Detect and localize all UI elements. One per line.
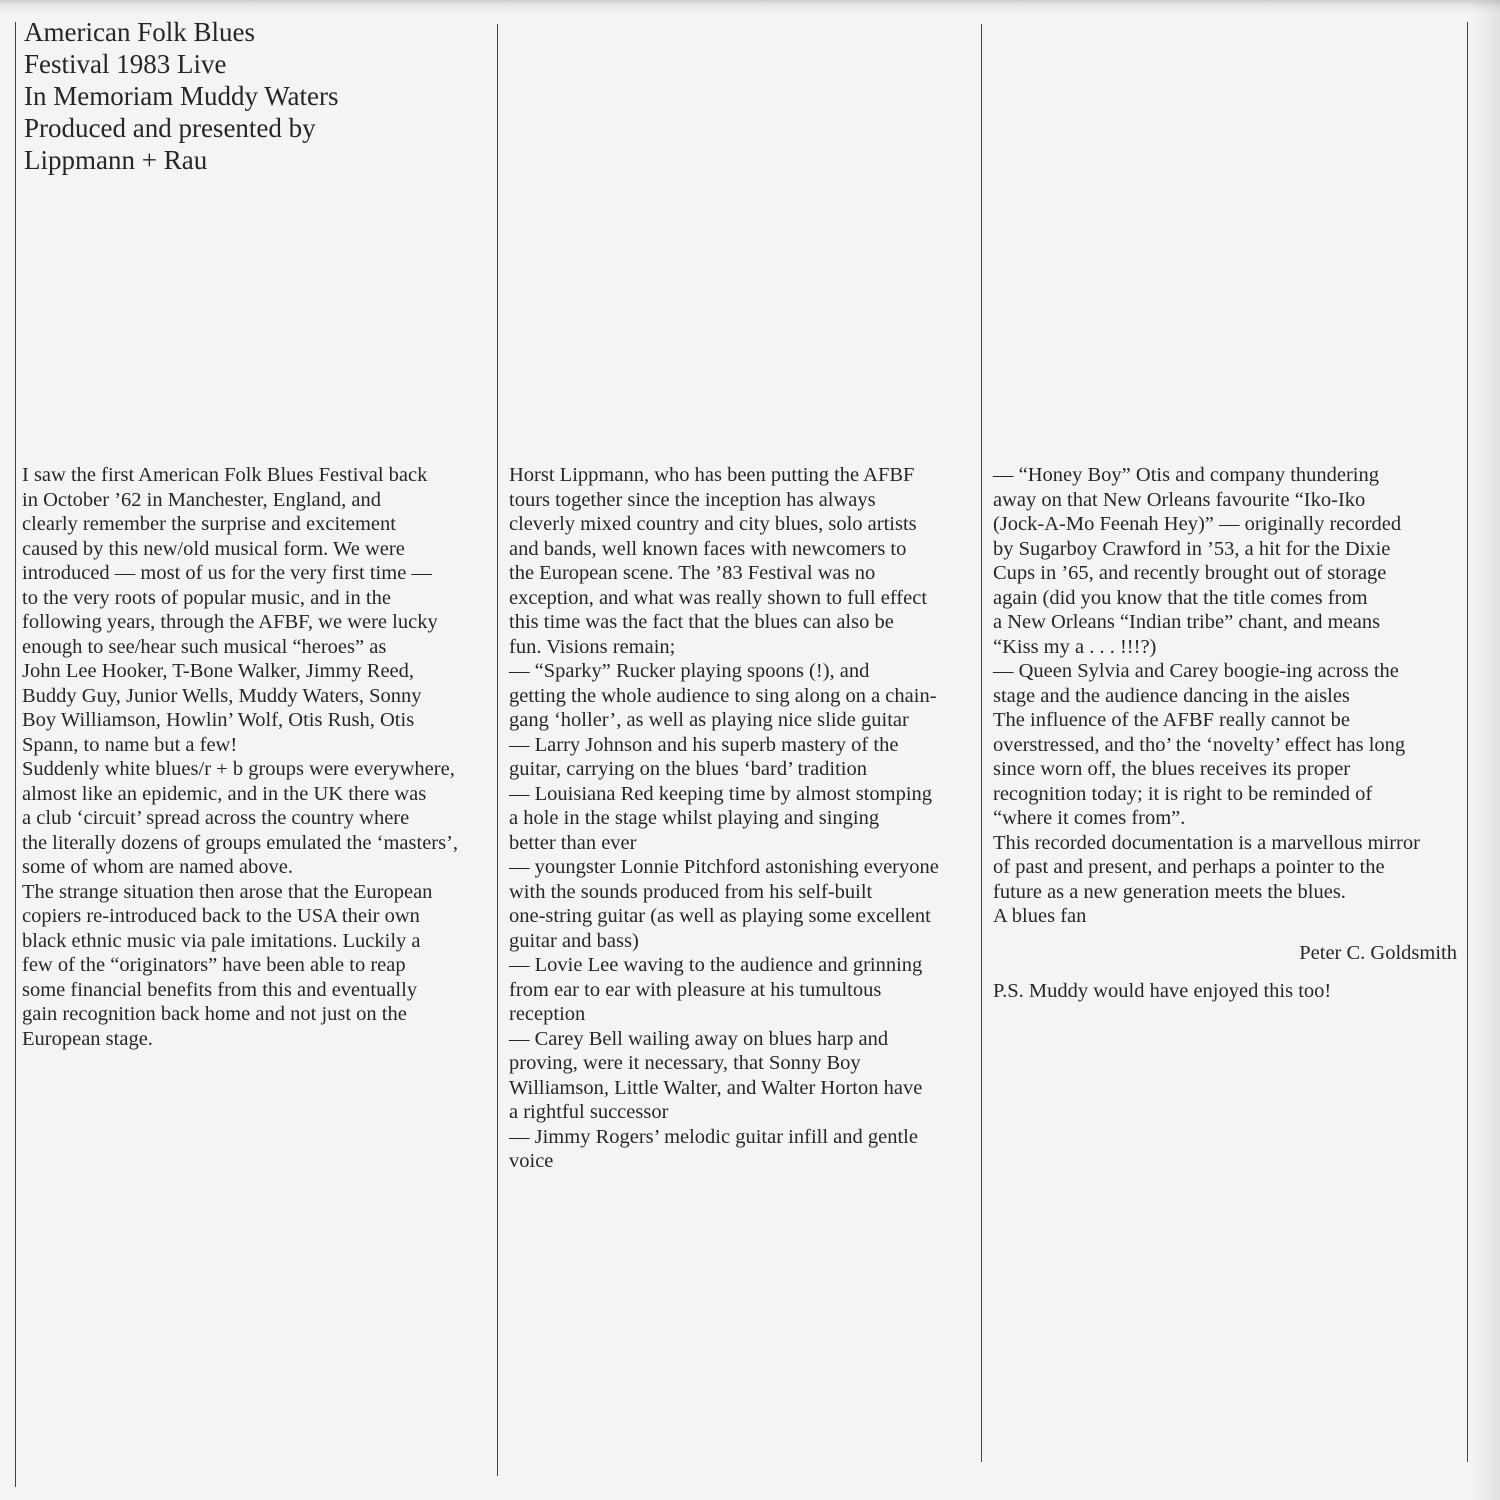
text-column-1: I saw the first American Folk Blues Fest… <box>22 463 492 1051</box>
text-line: a New Orleans “Indian tribe” chant, and … <box>993 610 1461 635</box>
text-line: with the sounds produced from his self-b… <box>509 880 977 905</box>
text-line: Spann, to name but a few! <box>22 733 492 758</box>
text-line: overstressed, and tho’ the ‘novelty’ eff… <box>993 733 1461 758</box>
text-column-2: Horst Lippmann, who has been putting the… <box>509 463 977 1174</box>
text-line: Cups in ’65, and recently brought out of… <box>993 561 1461 586</box>
text-line: again (did you know that the title comes… <box>993 586 1461 611</box>
text-line: This recorded documentation is a marvell… <box>993 831 1461 856</box>
text-line: this time was the fact that the blues ca… <box>509 610 977 635</box>
author-signature: Peter C. Goldsmith <box>993 941 1461 966</box>
text-line: The influence of the AFBF really cannot … <box>993 708 1461 733</box>
text-line: a club ‘circuit’ spread across the count… <box>22 806 492 831</box>
text-line: caused by this new/old musical form. We … <box>22 537 492 562</box>
text-line: stage and the audience dancing in the ai… <box>993 684 1461 709</box>
text-line: I saw the first American Folk Blues Fest… <box>22 463 492 488</box>
text-line: — “Honey Boy” Otis and company thunderin… <box>993 463 1461 488</box>
text-line: clearly remember the surprise and excite… <box>22 512 492 537</box>
text-line: — Larry Johnson and his superb mastery o… <box>509 733 977 758</box>
text-line: in October ’62 in Manchester, England, a… <box>22 488 492 513</box>
text-line: few of the “originators” have been able … <box>22 953 492 978</box>
column-rule-left <box>15 22 16 1487</box>
postscript: P.S. Muddy would have enjoyed this too! <box>993 979 1461 1004</box>
text-line: Williamson, Little Walter, and Walter Ho… <box>509 1076 977 1101</box>
text-line: Buddy Guy, Junior Wells, Muddy Waters, S… <box>22 684 492 709</box>
text-line: following years, through the AFBF, we we… <box>22 610 492 635</box>
text-line: guitar and bass) <box>509 929 977 954</box>
text-line: John Lee Hooker, T-Bone Walker, Jimmy Re… <box>22 659 492 684</box>
column-rule-right <box>1467 22 1468 1462</box>
text-line: better than ever <box>509 831 977 856</box>
title-line-4: Produced and presented by <box>24 112 339 144</box>
column-rule-1 <box>497 24 498 1476</box>
text-line: and bands, well known faces with newcome… <box>509 537 977 562</box>
text-line: proving, were it necessary, that Sonny B… <box>509 1051 977 1076</box>
column-rule-2 <box>981 24 982 1462</box>
text-line: reception <box>509 1002 977 1027</box>
text-line: gain recognition back home and not just … <box>22 1002 492 1027</box>
text-line: the European scene. The ’83 Festival was… <box>509 561 977 586</box>
text-line: by Sugarboy Crawford in ’53, a hit for t… <box>993 537 1461 562</box>
title-line-1: American Folk Blues <box>24 16 339 48</box>
text-line: cleverly mixed country and city blues, s… <box>509 512 977 537</box>
text-line: some financial benefits from this and ev… <box>22 978 492 1003</box>
text-line: introduced — most of us for the very fir… <box>22 561 492 586</box>
text-line: — Lovie Lee waving to the audience and g… <box>509 953 977 978</box>
text-line: “Kiss my a . . . !!!?) <box>993 635 1461 660</box>
text-line: Boy Williamson, Howlin’ Wolf, Otis Rush,… <box>22 708 492 733</box>
title-line-2: Festival 1983 Live <box>24 48 339 80</box>
text-line: away on that New Orleans favourite “Iko-… <box>993 488 1461 513</box>
title-line-5: Lippmann + Rau <box>24 144 339 176</box>
text-line: gang ‘holler’, as well as playing nice s… <box>509 708 977 733</box>
text-line: — Queen Sylvia and Carey boogie-ing acro… <box>993 659 1461 684</box>
text-line: a hole in the stage whilst playing and s… <box>509 806 977 831</box>
text-line: enough to see/hear such musical “heroes”… <box>22 635 492 660</box>
text-line: tours together since the inception has a… <box>509 488 977 513</box>
text-line: A blues fan <box>993 904 1461 929</box>
text-line: of past and present, and perhaps a point… <box>993 855 1461 880</box>
text-line: to the very roots of popular music, and … <box>22 586 492 611</box>
text-column-3: — “Honey Boy” Otis and company thunderin… <box>993 463 1461 1004</box>
text-line: Suddenly white blues/r + b groups were e… <box>22 757 492 782</box>
text-line: from ear to ear with pleasure at his tum… <box>509 978 977 1003</box>
liner-notes-page: American Folk Blues Festival 1983 Live I… <box>0 0 1500 1500</box>
text-line: — Louisiana Red keeping time by almost s… <box>509 782 977 807</box>
text-line: since worn off, the blues receives its p… <box>993 757 1461 782</box>
text-line: (Jock-A-Mo Feenah Hey)” — originally rec… <box>993 512 1461 537</box>
text-line: fun. Visions remain; <box>509 635 977 660</box>
album-title-block: American Folk Blues Festival 1983 Live I… <box>24 16 339 176</box>
text-line: Horst Lippmann, who has been putting the… <box>509 463 977 488</box>
text-line: — Jimmy Rogers’ melodic guitar infill an… <box>509 1125 977 1150</box>
text-line: recognition today; it is right to be rem… <box>993 782 1461 807</box>
text-line: “where it comes from”. <box>993 806 1461 831</box>
text-line: black ethnic music via pale imitations. … <box>22 929 492 954</box>
text-line: a rightful successor <box>509 1100 977 1125</box>
text-line: guitar, carrying on the blues ‘bard’ tra… <box>509 757 977 782</box>
text-line: — “Sparky” Rucker playing spoons (!), an… <box>509 659 977 684</box>
text-line: — youngster Lonnie Pitchford astonishing… <box>509 855 977 880</box>
text-line: some of whom are named above. <box>22 855 492 880</box>
text-line: the literally dozens of groups emulated … <box>22 831 492 856</box>
text-line: voice <box>509 1149 977 1174</box>
text-line: future as a new generation meets the blu… <box>993 880 1461 905</box>
text-line: one-string guitar (as well as playing so… <box>509 904 977 929</box>
text-line: The strange situation then arose that th… <box>22 880 492 905</box>
text-line: exception, and what was really shown to … <box>509 586 977 611</box>
text-line: copiers re-introduced back to the USA th… <box>22 904 492 929</box>
text-line: getting the whole audience to sing along… <box>509 684 977 709</box>
text-line: almost like an epidemic, and in the UK t… <box>22 782 492 807</box>
text-line: European stage. <box>22 1027 492 1052</box>
title-line-3: In Memoriam Muddy Waters <box>24 80 339 112</box>
text-line: — Carey Bell wailing away on blues harp … <box>509 1027 977 1052</box>
